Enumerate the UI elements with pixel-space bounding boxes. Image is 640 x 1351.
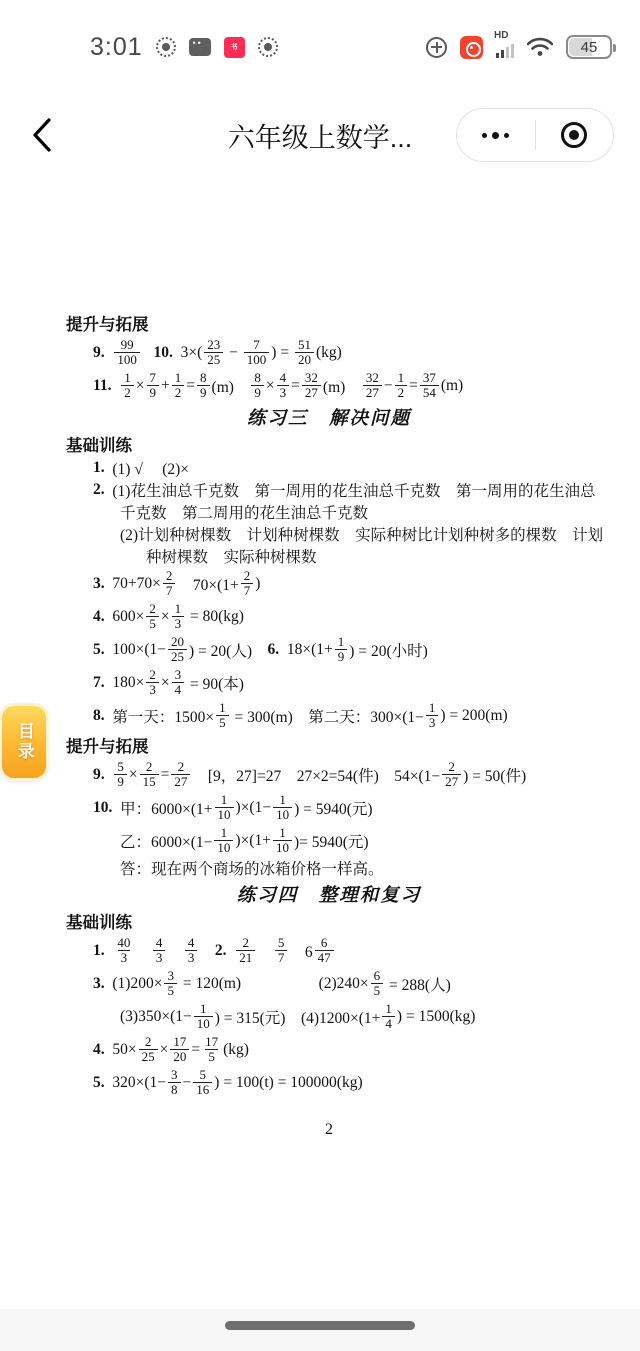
fraction: 110: [214, 826, 233, 856]
answer-text: −: [225, 344, 242, 362]
item-number: 1.: [93, 942, 112, 960]
answer-text: = 300(m) 第二天：300×(1−: [231, 705, 424, 727]
answer-text: 50×: [112, 1041, 136, 1059]
answer-line: 10. 甲：6000×(1+110)×(1−110) = 5940(元): [66, 791, 592, 824]
circle-dot-icon: [561, 122, 587, 148]
wifi-icon: [527, 37, 553, 57]
fraction: 647: [315, 936, 334, 966]
answer-text: (m): [323, 375, 361, 397]
screen-record-ring-icon: [258, 37, 278, 57]
answer-line: 4. 50×225×1720=175(kg): [66, 1033, 592, 1066]
fraction: 19: [335, 635, 348, 665]
answer-text: ) = 100(t) = 100000(kg): [214, 1074, 362, 1092]
answer-text: [135, 940, 151, 962]
fraction: 110: [273, 826, 292, 856]
fraction: 3754: [420, 371, 439, 401]
fraction: 2025: [168, 635, 187, 665]
item-number: 6.: [268, 641, 287, 659]
fraction: 3227: [363, 371, 382, 401]
answer-text: ×: [161, 608, 170, 626]
fraction: 14: [382, 1002, 395, 1032]
answer-line: 乙：6000×(1−110)×(1+110)= 5940(元): [66, 824, 592, 857]
fraction: 34: [172, 668, 185, 698]
status-left: 3:01 书: [90, 33, 278, 62]
fraction: 175: [202, 1035, 221, 1065]
answer-line: 5. 100×(1−2025) = 20(人) 6. 18×(1+19) = 2…: [66, 633, 592, 666]
answer-text: 18×(1+: [287, 641, 333, 659]
answer-text: 70+70×: [112, 575, 160, 593]
screen-recording-icon: [460, 36, 483, 59]
item-number: 2.: [215, 942, 234, 960]
answer-line: 9. 99100 10. 3×(2325 − 7100) = 5120(kg): [66, 336, 592, 369]
fraction: 12: [172, 371, 185, 401]
screen-record-ring-icon: [156, 37, 176, 57]
fraction: 7100: [244, 338, 270, 368]
item-number: 11.: [93, 377, 119, 395]
answer-text: (m): [212, 375, 250, 397]
answer-line: 9. 59×215=227 [9，27]=27 27×2=54(件) 54×(1…: [66, 758, 592, 791]
answer-text: =: [409, 377, 418, 395]
item-number: 10.: [93, 799, 120, 817]
answer-text: ×: [129, 766, 138, 784]
battery-icon: 45: [566, 35, 612, 59]
nav-bar: 六年级上数学...: [0, 100, 640, 170]
answer-line: (2)计划种树棵数 计划种树棵数 实际种树比计划种树多的棵数 计划: [66, 523, 592, 545]
answer-text: −: [183, 1074, 192, 1092]
fraction: 43: [153, 936, 166, 966]
fraction: 110: [273, 793, 292, 823]
fraction: 225: [139, 1035, 158, 1065]
answer-text: = 288(人): [385, 973, 451, 995]
item-number: 9.: [93, 766, 112, 784]
fraction: 110: [194, 1002, 213, 1032]
answer-line: 8. 第一天：1500×15 = 300(m) 第二天：300×(1−13) =…: [66, 699, 592, 732]
fraction: 516: [193, 1068, 212, 1098]
answer-text: =: [291, 377, 300, 395]
section-heading: 提升与拓展: [66, 311, 592, 335]
fraction: 23: [146, 668, 159, 698]
fraction: 35: [164, 969, 177, 999]
answer-line: 2. (1)花生油总千克数 第一周用的花生油总千克数 第一周用的花生油总: [66, 479, 592, 501]
fraction: 3227: [302, 371, 321, 401]
fraction: 43: [185, 936, 198, 966]
answer-text: 100×(1−: [112, 641, 166, 659]
answer-page: 提升与拓展9. 99100 10. 3×(2325 − 7100) = 5120…: [0, 310, 640, 1139]
fraction: 57: [275, 936, 288, 966]
answer-line: 3. 70+70×27 70×(1+27): [66, 567, 592, 600]
answer-text: 答：现在两个商场的冰箱价格一样高。: [120, 857, 384, 879]
answer-text: ) = 20(人): [189, 639, 267, 661]
item-number: 3.: [93, 575, 112, 593]
answer-text: ) =: [271, 344, 293, 362]
fraction: 12: [395, 371, 408, 401]
item-number: 4.: [93, 1041, 112, 1059]
answer-text: )×(1−: [236, 799, 272, 817]
answer-line: 7. 180×23×34 = 90(本): [66, 666, 592, 699]
answer-line: 1. (1) √ (2)×: [66, 457, 592, 479]
answer-text: (3)350×(1−: [120, 1008, 192, 1026]
answer-line: 5. 320×(1−38−516) = 100(t) = 100000(kg): [66, 1066, 592, 1099]
fraction: 5120: [295, 338, 314, 368]
item-number: 10.: [154, 344, 181, 362]
answer-text: 3×(: [181, 344, 203, 362]
fraction: 38: [168, 1068, 181, 1098]
answer-text: [199, 940, 215, 962]
answer-text: 600×: [112, 608, 144, 626]
answer-text: ) = 315(元) (4)1200×(1+: [215, 1006, 381, 1028]
fraction: 227: [442, 760, 461, 790]
red-app-icon: 书: [224, 37, 245, 58]
answer-text: 180×: [112, 674, 144, 692]
fraction: 99100: [114, 338, 140, 368]
fraction: 27: [241, 569, 254, 599]
answer-text: 乙：6000×(1−: [120, 830, 212, 852]
phone-screen: 3:01 书 HD 45: [0, 0, 640, 1351]
page-number: 2: [66, 1121, 592, 1139]
close-button[interactable]: [536, 109, 614, 161]
answer-text: (1) √ (2)×: [112, 457, 189, 479]
answer-text: (m): [441, 377, 463, 395]
item-number: 7.: [93, 674, 112, 692]
message-icon: [189, 38, 211, 56]
data-saver-icon: [426, 37, 447, 58]
answer-text: )×(1+: [235, 832, 271, 850]
fraction: 27: [163, 569, 176, 599]
doc-lines: 提升与拓展9. 99100 10. 3×(2325 − 7100) = 5120…: [66, 311, 592, 1099]
answer-text: 甲：6000×(1+: [120, 797, 212, 819]
fraction: 89: [251, 371, 264, 401]
hd-label: HD: [494, 30, 508, 41]
fraction: 12: [121, 371, 134, 401]
answer-text: [9，27]=27 27×2=54(件) 54×(1−: [192, 764, 440, 786]
answer-text: (2)240×: [319, 975, 369, 993]
item-number: 5.: [93, 1074, 112, 1092]
home-indicator[interactable]: [225, 1321, 415, 1330]
fraction: 13: [426, 701, 439, 731]
answer-text: 种树棵数 实际种树棵数: [146, 545, 317, 567]
exercise-heading: 练习四 整理和复习: [66, 881, 592, 907]
section-heading: 提升与拓展: [66, 733, 592, 757]
fraction: 221: [236, 936, 255, 966]
fraction: 110: [215, 793, 234, 823]
answer-text: (kg): [223, 1041, 249, 1059]
fraction: 25: [146, 602, 159, 632]
answer-text: =: [161, 766, 170, 784]
item-number: 5.: [93, 641, 112, 659]
answer-line: 11. 12×79+12=89(m) 89×43=3227(m) 3227−12…: [66, 369, 592, 402]
answer-line: 1. 403 43 43 2. 221 57 6647: [66, 934, 592, 967]
item-number: 8.: [93, 707, 112, 725]
answer-text: (kg): [316, 344, 342, 362]
answer-line: 3. (1)200×35 = 120(m) (2)240×65 = 288(人): [66, 967, 592, 1000]
answer-line: 4. 600×25×13 = 80(kg): [66, 600, 592, 633]
answer-line: 答：现在两个商场的冰箱价格一样高。: [66, 857, 592, 879]
fraction: 13: [172, 602, 185, 632]
answer-text: ×: [161, 674, 170, 692]
answer-text: =: [191, 1041, 200, 1059]
fraction: 59: [114, 760, 127, 790]
answer-text: ×: [266, 377, 275, 395]
answer-text: 6: [289, 940, 312, 962]
item-number: 4.: [93, 608, 112, 626]
clock: 3:01: [90, 33, 143, 62]
fraction: 215: [140, 760, 159, 790]
answer-text: +: [161, 377, 170, 395]
answer-text: ) = 1500(kg): [397, 1008, 475, 1026]
item-number: 2.: [93, 481, 112, 499]
answer-text: [257, 940, 273, 962]
toc-button-label: 目录: [11, 722, 37, 762]
answer-text: =: [186, 377, 195, 395]
answer-text: ) = 5940(元): [294, 797, 372, 819]
answer-text: (1)花生油总千克数 第一周用的花生油总千克数 第一周用的花生油总: [112, 479, 595, 501]
fraction: 403: [114, 936, 133, 966]
fraction: 79: [147, 371, 160, 401]
answer-text: (2)计划种树棵数 计划种树棵数 实际种树比计划种树多的棵数 计划: [120, 523, 603, 545]
answer-text: = 80(kg): [186, 608, 244, 626]
answer-text: −: [384, 377, 393, 395]
battery-percent: 45: [581, 39, 598, 56]
answer-line: 千克数 第二周用的花生油总千克数: [66, 501, 592, 523]
status-right: HD 45: [426, 35, 612, 59]
fraction: 1720: [170, 1035, 189, 1065]
fraction: 15: [216, 701, 229, 731]
fraction: 227: [171, 760, 190, 790]
three-dots-icon: [482, 132, 509, 139]
answer-text: ) = 200(m): [440, 707, 507, 725]
answer-line: 种树棵数 实际种树棵数: [66, 545, 592, 567]
answer-text: ): [255, 575, 260, 593]
more-button[interactable]: [457, 109, 535, 161]
answer-text: ) = 50(件): [463, 764, 526, 786]
answer-text: 第一天：1500×: [112, 705, 214, 727]
fraction: 2325: [204, 338, 223, 368]
miniprogram-capsule: [456, 108, 614, 162]
answer-text: = 120(m): [179, 975, 241, 993]
fraction: 65: [371, 969, 384, 999]
bottom-strip: [0, 1309, 640, 1351]
answer-text: = 90(本): [186, 672, 244, 694]
item-number: 1.: [93, 459, 112, 477]
answer-text: ×: [160, 1041, 169, 1059]
item-number: 9.: [93, 344, 112, 362]
answer-text: 千克数 第二周用的花生油总千克数: [120, 501, 368, 523]
answer-text: ) = 20(小时): [349, 639, 427, 661]
answer-text: 320×(1−: [112, 1074, 166, 1092]
answer-text: )= 5940(元): [294, 830, 369, 852]
answer-text: 70×(1+: [177, 573, 238, 595]
section-heading: 基础训练: [66, 432, 592, 456]
section-heading: 基础训练: [66, 909, 592, 933]
fraction: 43: [277, 371, 290, 401]
answer-line: (3)350×(1−110) = 315(元) (4)1200×(1+14) =…: [66, 1000, 592, 1033]
answer-text: [167, 940, 183, 962]
answer-text: [241, 973, 319, 995]
toc-button[interactable]: 目录: [2, 706, 46, 778]
answer-text: [142, 344, 154, 362]
item-number: 3.: [93, 975, 112, 993]
exercise-heading: 练习三 解决问题: [66, 404, 592, 430]
answer-text: (1)200×: [112, 975, 162, 993]
status-bar: 3:01 书 HD 45: [0, 22, 640, 72]
fraction: 89: [197, 371, 210, 401]
signal-bars-icon: HD: [496, 36, 514, 58]
answer-text: ×: [136, 377, 145, 395]
